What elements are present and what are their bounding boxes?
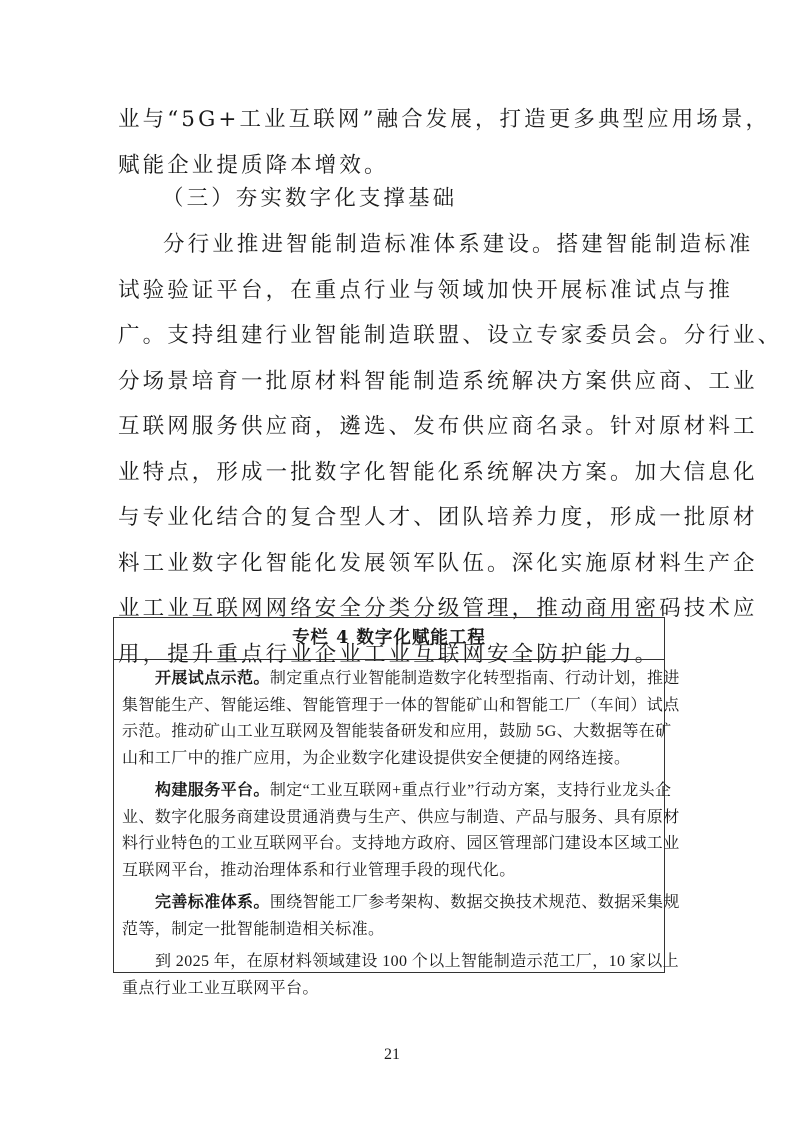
text-line: 重点行业工业互联网平台。 xyxy=(122,976,656,1003)
box-item-text: 制定“工业互联网+重点行业”行动方案，支持行业龙头企 xyxy=(270,782,672,799)
text-line: 山和工厂中的推广应用，为企业数字化建设提供安全便捷的网络连接。 xyxy=(122,746,656,773)
box-item-text: 围绕智能工厂参考架构、数据交换技术规范、数据采集规 xyxy=(270,894,680,911)
text-line: 示范。推动矿山工业互联网及智能装备研发和应用，鼓励 5G、大数据等在矿 xyxy=(122,719,656,746)
text-line: 范等，制定一批智能制造相关标准。 xyxy=(122,917,656,944)
text-line: 料工业数字化智能化发展领军队伍。深化实施原材料生产企 xyxy=(118,541,678,587)
text-line: 业、数字化服务商建设贯通消费与生产、供应与制造、产品与服务、具有原材 xyxy=(122,805,656,832)
box-item-lead: 构建服务平台。 xyxy=(155,782,270,799)
text-line: 料行业特色的工业互联网平台。支持地方政府、园区管理部门建设本区域工业 xyxy=(122,831,656,858)
box-item-pilot: 开展试点示范。制定重点行业智能制造数字化转型指南、行动计划，推进 集智能生产、智… xyxy=(122,666,656,772)
top-paragraph: 业与“5G+工业互联网”融合发展，打造更多典型应用场景， 赋能企业提质降本增效。 xyxy=(118,97,678,188)
box-body: 开展试点示范。制定重点行业智能制造数字化转型指南、行动计划，推进 集智能生产、智… xyxy=(114,660,664,1002)
body-paragraph: 分行业推进智能制造标准体系建设。搭建智能制造标准 试验验证平台，在重点行业与领域… xyxy=(118,222,678,677)
text-line: 与专业化结合的复合型人才、团队培养力度，形成一批原材 xyxy=(118,495,678,541)
text-line: 互联网平台，推动治理体系和行业管理手段的现代化。 xyxy=(122,858,656,885)
page-number: 21 xyxy=(384,1046,400,1064)
box-item-text: 制定重点行业智能制造数字化转型指南、行动计划，推进 xyxy=(270,670,680,687)
box-item-lead: 开展试点示范。 xyxy=(155,670,270,687)
box-item-text: 到 2025 年，在原材料领域建设 100 个以上智能制造示范工厂，10 家以上 xyxy=(155,953,679,970)
box-item-target: 到 2025 年，在原材料领域建设 100 个以上智能制造示范工厂，10 家以上… xyxy=(122,949,656,1002)
box-item-lead: 完善标准体系。 xyxy=(155,894,270,911)
text-line: 业特点，形成一批数字化智能化系统解决方案。加大信息化 xyxy=(118,450,678,496)
text-line: 分场景培育一批原材料智能制造系统解决方案供应商、工业 xyxy=(118,359,678,405)
text-line: 互联网服务供应商，遴选、发布供应商名录。针对原材料工 xyxy=(118,404,678,450)
text-line: 集智能生产、智能运维、智能管理于一体的智能矿山和智能工厂（车间）试点 xyxy=(122,693,656,720)
box-item-platform: 构建服务平台。制定“工业互联网+重点行业”行动方案，支持行业龙头企 业、数字化服… xyxy=(122,778,656,884)
text-line: 广。支持组建行业智能制造联盟、设立专家委员会。分行业、 xyxy=(118,313,678,359)
text-line: 分行业推进智能制造标准体系建设。搭建智能制造标准 xyxy=(118,222,678,268)
section-heading: （三）夯实数字化支撑基础 xyxy=(162,176,457,221)
text-line: 业与“5G+工业互联网”融合发展，打造更多典型应用场景， xyxy=(118,97,678,143)
column-box: 专栏 4 数字化赋能工程 开展试点示范。制定重点行业智能制造数字化转型指南、行动… xyxy=(113,617,665,973)
box-title: 专栏 4 数字化赋能工程 xyxy=(114,618,664,660)
box-item-standards: 完善标准体系。围绕智能工厂参考架构、数据交换技术规范、数据采集规 范等，制定一批… xyxy=(122,890,656,943)
text-line: 试验验证平台，在重点行业与领域加快开展标准试点与推 xyxy=(118,268,678,314)
